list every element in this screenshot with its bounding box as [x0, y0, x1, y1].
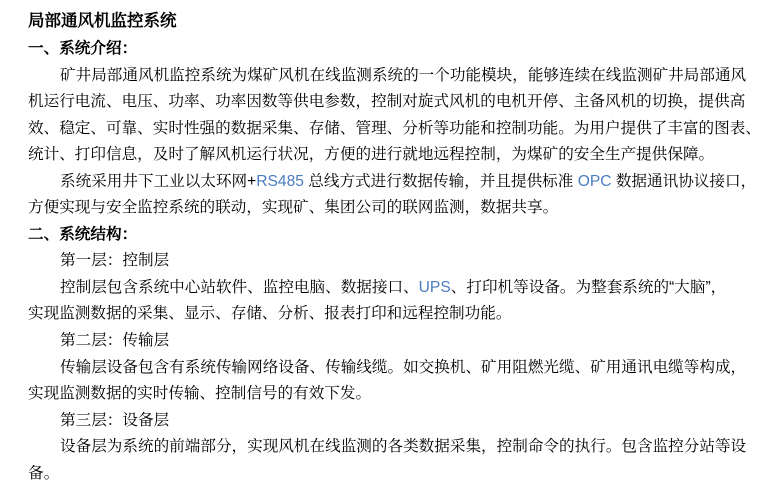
section-heading: 二、系统结构： — [28, 222, 754, 249]
text-line: 效、稳定、可靠、实时性强的数据采集、存储、管理、分析等功能和控制功能。为用户提供… — [28, 116, 754, 143]
tech-term: RS485 — [256, 173, 304, 190]
text-line: 实现监测数据的实时传输、控制信号的有效下发。 — [28, 381, 754, 408]
text-line: 方便实现与安全监控系统的联动，实现矿、集团公司的联网监测，数据共享。 — [28, 195, 754, 222]
text-segment: 第一层：控制层 — [60, 252, 169, 269]
text-segment: 、打印机等设备。为整套系统的“大脑”， — [451, 279, 726, 296]
text-line: 矿井局部通风机监控系统为煤矿风机在线监测系统的一个功能模块，能够连续在线监测矿井… — [28, 63, 754, 90]
text-line: 设备层为系统的前端部分，实现风机在线监测的各类数据采集，控制命令的执行。包含监控… — [28, 434, 754, 461]
text-line: 实现监测数据的采集、显示、存储、分析、报表打印和远程控制功能。 — [28, 301, 754, 328]
text-segment: 方便实现与安全监控系统的联动，实现矿、集团公司的联网监测，数据共享。 — [28, 199, 558, 216]
text-line: 控制层包含系统中心站软件、监控电脑、数据接口、UPS、打印机等设备。为整套系统的… — [28, 275, 754, 302]
text-line: 备。 — [28, 461, 754, 488]
text-segment: 备。 — [28, 465, 59, 482]
text-segment: 效、稳定、可靠、实时性强的数据采集、存储、管理、分析等功能和控制功能。为用户提供… — [28, 120, 754, 137]
text-segment: 二、系统结构： — [28, 226, 137, 243]
text-line: 第三层：设备层 — [28, 408, 754, 435]
document-page: 局部通风机监控系统 一、系统介绍：矿井局部通风机监控系统为煤矿风机在线监测系统的… — [0, 0, 778, 499]
text-segment: 机运行电流、电压、功率、功率因数等供电参数，控制对旋式风机的电机开停、主备风机的… — [28, 93, 745, 110]
tech-term: UPS — [419, 279, 451, 296]
text-segment: 第三层：设备层 — [60, 412, 169, 429]
section-heading: 一、系统介绍： — [28, 36, 754, 63]
text-segment: 矿井局部通风机监控系统为煤矿风机在线监测系统的一个功能模块，能够连续在线监测矿井… — [60, 67, 746, 84]
text-line: 统计、打印信息，及时了解风机运行状况，方便的进行就地远程控制，为煤矿的安全生产提… — [28, 142, 754, 169]
text-segment: 总线方式进行数据传输，并且提供标准 — [304, 173, 578, 190]
text-line: 第一层：控制层 — [28, 248, 754, 275]
text-segment: 设备层为系统的前端部分，实现风机在线监测的各类数据采集，控制命令的执行。包含监控… — [60, 438, 746, 455]
tech-term: OPC — [578, 173, 612, 190]
text-segment: 系统采用井下工业以太环网+ — [60, 173, 256, 190]
text-line: 传输层设备包含有系统传输网络设备、传输线缆。如交换机、矿用阻燃光缆、矿用通讯电缆… — [28, 355, 754, 382]
text-segment: 统计、打印信息，及时了解风机运行状况，方便的进行就地远程控制，为煤矿的安全生产提… — [28, 146, 714, 163]
text-segment: 传输层设备包含有系统传输网络设备、传输线缆。如交换机、矿用阻燃光缆、矿用通讯电缆… — [60, 359, 746, 376]
text-segment: 实现监测数据的实时传输、控制信号的有效下发。 — [28, 385, 371, 402]
text-segment: 一、系统介绍： — [28, 40, 137, 57]
text-segment: 第二层：传输层 — [60, 332, 169, 349]
text-line: 第二层：传输层 — [28, 328, 754, 355]
document-title: 局部通风机监控系统 — [28, 6, 754, 36]
text-segment: 控制层包含系统中心站软件、监控电脑、数据接口、 — [60, 279, 419, 296]
text-line: 机运行电流、电压、功率、功率因数等供电参数，控制对旋式风机的电机开停、主备风机的… — [28, 89, 754, 116]
text-segment: 实现监测数据的采集、显示、存储、分析、报表打印和远程控制功能。 — [28, 305, 511, 322]
document-body: 一、系统介绍：矿井局部通风机监控系统为煤矿风机在线监测系统的一个功能模块，能够连… — [28, 36, 754, 487]
text-segment: 数据通讯协议接口， — [611, 173, 754, 190]
text-line: 系统采用井下工业以太环网+RS485 总线方式进行数据传输，并且提供标准 OPC… — [28, 169, 754, 196]
